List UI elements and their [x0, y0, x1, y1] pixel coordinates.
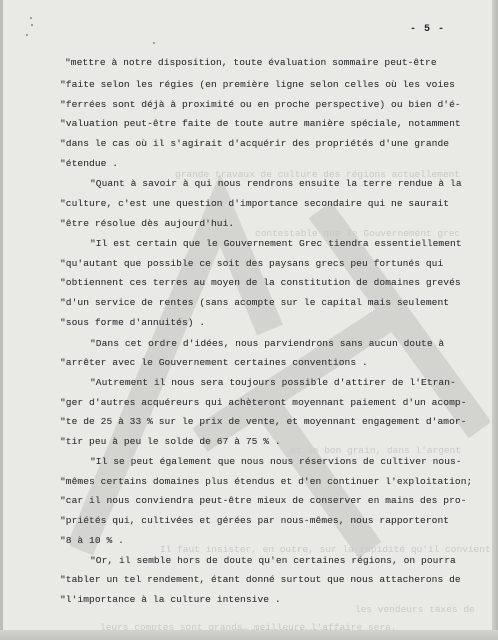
page-edge-left	[0, 0, 3, 640]
text-line: "Il est certain que le Gouvernement Grec…	[90, 238, 462, 249]
text-line: "valuation peut-être faite de toute autr…	[60, 118, 461, 129]
text-line: "l'importance à la culture intensive .	[60, 594, 281, 605]
text-line: "sous forme d'annuités) .	[60, 317, 205, 328]
text-line: "Or, il semble hors de doute qu'en certa…	[90, 555, 456, 566]
text-line: "qu'autant que possible ce soit des pays…	[60, 258, 443, 269]
text-line: "arrêter avec le Gouvernement certaines …	[60, 357, 368, 368]
text-line: "Quant à savoir à qui nous rendrons ensu…	[90, 178, 462, 189]
text-line: "Autrement il nous sera toujours possibl…	[90, 377, 456, 388]
page-edge-right	[492, 0, 498, 640]
text-line: "tir peu à peu le solde de 67 à 75 % .	[60, 436, 281, 447]
text-line: "mêmes certains domaines plus étendus et…	[60, 476, 472, 487]
text-line: "tabler un tel rendement, étant donné su…	[60, 574, 461, 585]
bleed-through-line: Il faut insister, en outre, sur la rapid…	[160, 544, 491, 555]
page-number: - 5 -	[410, 24, 445, 35]
text-line: "Dans cet ordre d'idées, nous parviendro…	[90, 338, 444, 349]
text-line: "mettre à notre disposition, toute évalu…	[65, 57, 437, 68]
document-page: grande travaux de culture des régions ac…	[0, 0, 492, 630]
text-line: "d'un service de rentes (sans acompte su…	[60, 297, 449, 308]
text-line: "Il se peut également que nous nous rése…	[90, 456, 462, 467]
text-line: "culture, c'est une question d'importanc…	[60, 198, 449, 209]
page-edge-bottom	[0, 630, 498, 640]
text-line: "priétés qui, cultivées et gérées par no…	[60, 515, 449, 526]
bleed-through-line: et le bon grain, dans l'argent	[290, 445, 461, 456]
text-line: "ferrées sont déjà à proximité ou en pro…	[60, 99, 461, 110]
text-line: "dans le cas où il s'agirait d'acquérir …	[60, 138, 449, 149]
text-line: "étendue .	[60, 158, 118, 169]
text-line: "ger d'autres acquéreurs qui achèteront …	[60, 397, 467, 408]
text-line: "8 à 10 % .	[60, 535, 124, 546]
bleed-through-line: les vendeurs taxes de	[355, 604, 475, 615]
text-line: "car il nous conviendra peut-être mieux …	[60, 495, 467, 506]
text-line: "obtiennent ces terres au moyen de la co…	[60, 277, 461, 288]
text-line: "te de 25 à 33 % sur le prix de vente, e…	[60, 416, 467, 427]
text-line: "être résolue dès aujourd'hui.	[60, 218, 234, 229]
text-line: "faite selon les régies (en première lig…	[60, 79, 455, 90]
